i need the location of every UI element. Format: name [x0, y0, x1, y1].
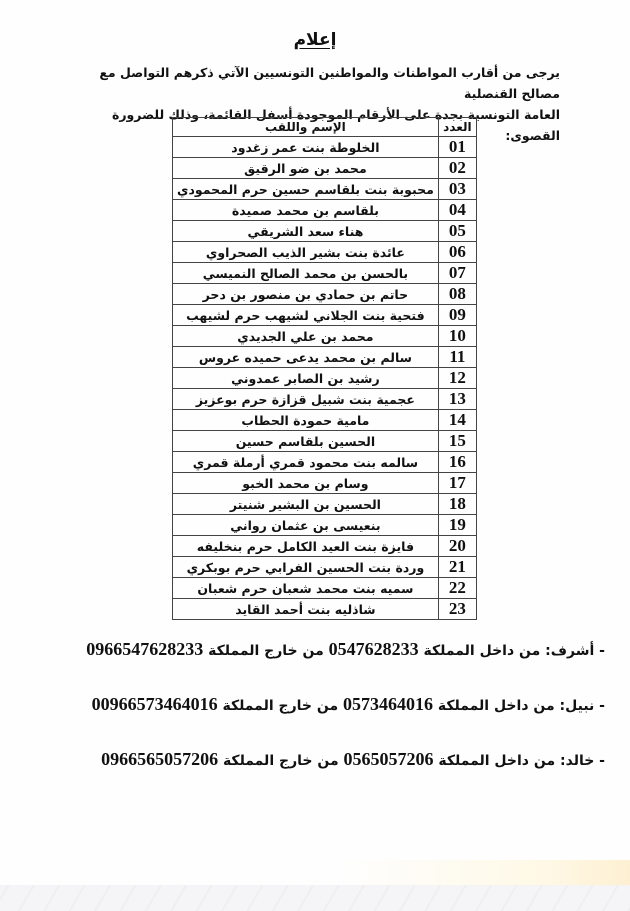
- row-number: 23: [438, 599, 476, 620]
- row-number: 18: [438, 494, 476, 515]
- inside-phone: 0547628233: [329, 639, 419, 659]
- row-name: بلقاسم بن محمد صميدة: [173, 200, 439, 221]
- document-title: إعلام: [0, 30, 630, 50]
- row-name: حاتم بن حمادي بن منصور بن دحر: [173, 284, 439, 305]
- outside-label: من خارج المملكة: [208, 643, 324, 659]
- row-number: 11: [438, 347, 476, 368]
- row-name: بالحسن بن محمد الصالح النميسي: [173, 263, 439, 284]
- contact-name: - أشرف:: [545, 643, 605, 659]
- row-number: 07: [438, 263, 476, 284]
- table-row: 23شاذليه بنت أحمد القايد: [173, 599, 477, 620]
- table-row: 22سميه بنت محمد شعبان حرم شعبان: [173, 578, 477, 599]
- table-row: 18الحسين بن البشير شنيتر: [173, 494, 477, 515]
- row-name: محبوبة بنت بلقاسم حسين حرم المحمودي: [173, 179, 439, 200]
- table-row: 13عجمية بنت شبيل قزازة حرم بوعزيز: [173, 389, 477, 410]
- table-row: 09فتحية بنت الجلاني لشيهب حرم لشيهب: [173, 305, 477, 326]
- table-row: 07بالحسن بن محمد الصالح النميسي: [173, 263, 477, 284]
- row-name: الحسين بلقاسم حسين: [173, 431, 439, 452]
- row-number: 19: [438, 515, 476, 536]
- row-number: 13: [438, 389, 476, 410]
- outside-label: من خارج المملكة: [222, 698, 338, 714]
- table-header-row: العدد الإسم واللقب: [173, 118, 477, 137]
- inside-label: من داخل المملكة: [424, 643, 541, 659]
- row-name: سالم بن محمد يدعى حميده عروس: [173, 347, 439, 368]
- table-row: 02محمد بن ضو الرقيق: [173, 158, 477, 179]
- row-name: رشيد بن الصابر عمدوني: [173, 368, 439, 389]
- row-number: 20: [438, 536, 476, 557]
- table-row: 16سالمه بنت محمود قمري أرملة قمري: [173, 452, 477, 473]
- row-name: سميه بنت محمد شعبان حرم شعبان: [173, 578, 439, 599]
- row-name: الخلوطة بنت عمر زغدود: [173, 137, 439, 158]
- row-name: محمد بن ضو الرقيق: [173, 158, 439, 179]
- outside-label: من خارج المملكة: [223, 753, 339, 769]
- row-number: 22: [438, 578, 476, 599]
- row-name: فتحية بنت الجلاني لشيهب حرم لشيهب: [173, 305, 439, 326]
- contact-line-nabil: - نبيل: من داخل المملكة 0573464016 من خا…: [60, 691, 605, 746]
- table-row: 12رشيد بن الصابر عمدوني: [173, 368, 477, 389]
- row-number: 02: [438, 158, 476, 179]
- table-row: 08حاتم بن حمادي بن منصور بن دحر: [173, 284, 477, 305]
- row-number: 08: [438, 284, 476, 305]
- table-row: 05هناء سعد الشريقي: [173, 221, 477, 242]
- header-name: الإسم واللقب: [173, 118, 439, 137]
- row-number: 15: [438, 431, 476, 452]
- row-number: 05: [438, 221, 476, 242]
- row-number: 09: [438, 305, 476, 326]
- row-number: 03: [438, 179, 476, 200]
- row-number: 01: [438, 137, 476, 158]
- paper-glow-decoration: [340, 860, 630, 886]
- table-row: 19بنعيسى بن عثمان رواني: [173, 515, 477, 536]
- row-name: سالمه بنت محمود قمري أرملة قمري: [173, 452, 439, 473]
- table-row: 14مامية حمودة الحطاب: [173, 410, 477, 431]
- outside-phone: 0966547628233: [86, 639, 203, 659]
- row-number: 10: [438, 326, 476, 347]
- title-text: إعلام: [294, 30, 337, 50]
- outside-phone: 00966573464016: [92, 694, 218, 714]
- row-number: 12: [438, 368, 476, 389]
- table-row: 11سالم بن محمد يدعى حميده عروس: [173, 347, 477, 368]
- table-row: 21وردة بنت الحسين الفرابي حرم بوبكري: [173, 557, 477, 578]
- row-number: 14: [438, 410, 476, 431]
- names-table: العدد الإسم واللقب 01الخلوطة بنت عمر زغد…: [172, 117, 477, 620]
- row-name: عائدة بنت بشير الذيب الصحراوي: [173, 242, 439, 263]
- row-name: الحسين بن البشير شنيتر: [173, 494, 439, 515]
- row-name: فايزة بنت العيد الكامل حرم بنخليفه: [173, 536, 439, 557]
- row-name: هناء سعد الشريقي: [173, 221, 439, 242]
- contact-line-khaled: - خالد: من داخل المملكة 0565057206 من خا…: [60, 746, 605, 801]
- document-page: إعلام يرجى من أقارب المواطنات والمواطنين…: [0, 0, 630, 911]
- inside-phone: 0573464016: [343, 694, 433, 714]
- inside-label: من داخل المملكة: [438, 753, 555, 769]
- row-number: 04: [438, 200, 476, 221]
- row-number: 17: [438, 473, 476, 494]
- row-name: مامية حمودة الحطاب: [173, 410, 439, 431]
- table-row: 03محبوبة بنت بلقاسم حسين حرم المحمودي: [173, 179, 477, 200]
- row-number: 06: [438, 242, 476, 263]
- table-row: 06عائدة بنت بشير الذيب الصحراوي: [173, 242, 477, 263]
- row-name: بنعيسى بن عثمان رواني: [173, 515, 439, 536]
- inside-label: من داخل المملكة: [438, 698, 555, 714]
- table-row: 10محمد بن علي الجديدي: [173, 326, 477, 347]
- surface-texture-decoration: [0, 885, 630, 911]
- row-number: 16: [438, 452, 476, 473]
- row-number: 21: [438, 557, 476, 578]
- inside-phone: 0565057206: [344, 749, 434, 769]
- contact-name: - خالد:: [560, 753, 605, 769]
- header-number: العدد: [438, 118, 476, 137]
- row-name: عجمية بنت شبيل قزازة حرم بوعزيز: [173, 389, 439, 410]
- contact-name: - نبيل:: [560, 698, 605, 714]
- row-name: شاذليه بنت أحمد القايد: [173, 599, 439, 620]
- contact-line-ashraf: - أشرف: من داخل المملكة 0547628233 من خا…: [60, 636, 605, 691]
- row-name: وسام بن محمد الخبو: [173, 473, 439, 494]
- row-name: محمد بن علي الجديدي: [173, 326, 439, 347]
- intro-line-1: يرجى من أقارب المواطنات والمواطنين التون…: [70, 62, 560, 104]
- table-row: 15الحسين بلقاسم حسين: [173, 431, 477, 452]
- outside-phone: 0966565057206: [101, 749, 218, 769]
- table-row: 04بلقاسم بن محمد صميدة: [173, 200, 477, 221]
- contacts-section: - أشرف: من داخل المملكة 0547628233 من خا…: [60, 636, 605, 801]
- row-name: وردة بنت الحسين الفرابي حرم بوبكري: [173, 557, 439, 578]
- table-row: 17وسام بن محمد الخبو: [173, 473, 477, 494]
- table-row: 20فايزة بنت العيد الكامل حرم بنخليفه: [173, 536, 477, 557]
- table-row: 01الخلوطة بنت عمر زغدود: [173, 137, 477, 158]
